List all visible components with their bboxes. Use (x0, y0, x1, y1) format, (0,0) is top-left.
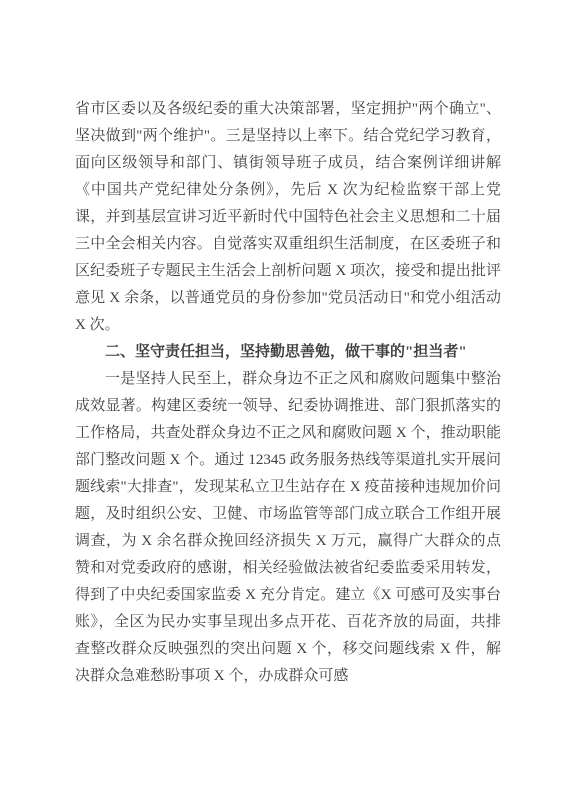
document-page: 省市区委以及各级纪委的重大决策部署，坚定拥护"两个确立"、坚决做到"两个维护"。… (0, 0, 570, 807)
paragraph-continuation: 省市区委以及各级纪委的重大决策部署，坚定拥护"两个确立"、坚决做到"两个维护"。… (75, 96, 501, 339)
document-body: 省市区委以及各级纪委的重大决策部署，坚定拥护"两个确立"、坚决做到"两个维护"。… (75, 96, 501, 690)
paragraph-body: 一是坚持人民至上，群众身边不正之风和腐败问题集中整治成效显著。构建区委统一领导、… (75, 366, 501, 690)
section-heading-2: 二、坚守责任担当，坚持勤思善勉，做干事的"担当者" (75, 339, 501, 366)
